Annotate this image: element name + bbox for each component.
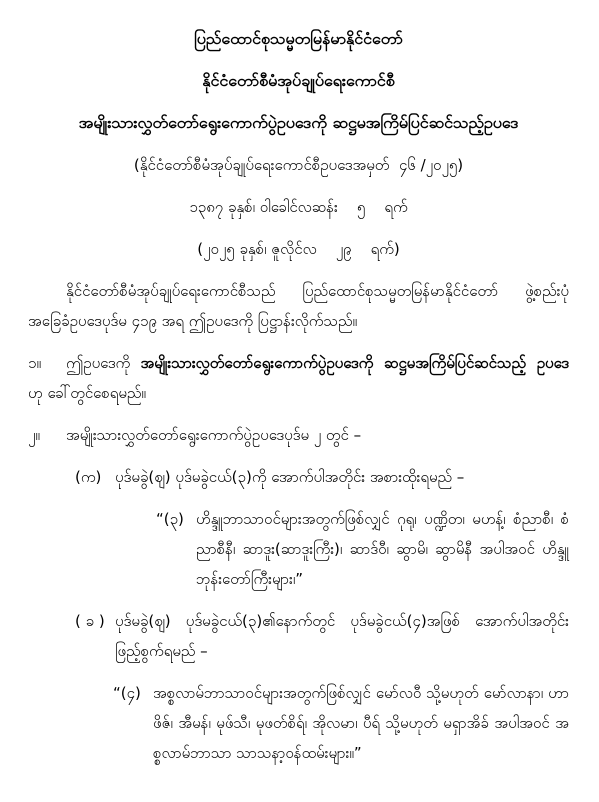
subsection-kha: ( ခ ) ပုဒ်မခွဲ(ဈ) ပုဒ်မခွဲငယ်(၃)၏နောက်တွ… — [75, 606, 569, 666]
quoted-subsection-4-text: အစ္စလာမ်ဘာသာဝင်များအတွက်ဖြစ်လျှင် မော်လဝ… — [153, 678, 569, 768]
document-page: ပြည်ထောင်စုသမ္မတမြန်မာနိုင်ငံတော် နိုင်င… — [0, 0, 599, 802]
quoted-subsection-3-number: “(၃) — [156, 504, 196, 594]
section-2-number: ၂။ — [28, 420, 66, 450]
subsection-ka-label: (က) — [75, 462, 115, 492]
document-title-state: ပြည်ထောင်စုသမ္မတမြန်မာနိုင်ငံတော် — [28, 24, 569, 54]
subsection-ka: (က) ပုဒ်မခွဲ(ဈ) ပုဒ်မခွဲငယ်(၃)ကို အောက်ပ… — [75, 462, 569, 492]
section-1-text-after: ဟု ခေါ်တွင်စေရမည်။ — [28, 384, 146, 402]
quoted-subsection-3: “(၃) ဟိန္ဒူဘာသာဝင်များအတွက်ဖြစ်လျှင် ဂုရ… — [156, 504, 569, 594]
document-title-council: နိုင်ငံတော်စီမံအုပ်ချုပ်ရေးကောင်စီ — [28, 66, 569, 96]
quoted-subsection-3-text: ဟိန္ဒူဘာသာဝင်များအတွက်ဖြစ်လျှင် ဂုရု၊ ပဏ… — [196, 504, 569, 594]
quoted-subsection-4-number: “(၄) — [113, 678, 153, 768]
section-1-law-short-title: အမျိုးသားလွှတ်တော်ရွေးကောက်ပွဲဥပဒေကို ဆဋ… — [141, 354, 569, 372]
section-1: ၁။ဤဥပဒေကို အမျိုးသားလွှတ်တော်ရွေးကောက်ပွ… — [28, 348, 569, 408]
gregorian-date-line: (၂၀၂၅ ခုနှစ်၊ ဇူလိုင်လ ၂၉ ရက်) — [28, 234, 569, 264]
law-number-line: (နိုင်ငံတော်စီမံအုပ်ချုပ်ရေးကောင်စီဥပဒေအ… — [28, 150, 569, 180]
section-1-text-before: ဤဥပဒေကို — [66, 354, 141, 372]
subsection-kha-text: ပုဒ်မခွဲ(ဈ) ပုဒ်မခွဲငယ်(၃)၏နောက်တွင် ပုဒ… — [115, 606, 569, 666]
section-2: ၂။ အမျိုးသားလွှတ်တော်ရွေးကောက်ပွဲဥပဒေပုဒ… — [28, 420, 569, 450]
subsection-kha-label: ( ခ ) — [75, 606, 115, 666]
quoted-subsection-4: “(၄) အစ္စလာမ်ဘာသာဝင်များအတွက်ဖြစ်လျှင် မ… — [113, 678, 569, 768]
section-1-number: ၁။ — [28, 348, 66, 378]
preamble-paragraph: နိုင်ငံတော်စီမံအုပ်ချုပ်ရေးကောင်စီသည် ပြ… — [28, 276, 569, 336]
section-2-text: အမျိုးသားလွှတ်တော်ရွေးကောက်ပွဲဥပဒေပုဒ်မ … — [66, 420, 569, 450]
subsection-ka-text: ပုဒ်မခွဲ(ဈ) ပုဒ်မခွဲငယ်(၃)ကို အောက်ပါအတိ… — [115, 462, 569, 492]
document-title-law-name: အမျိုးသားလွှတ်တော်ရွေးကောက်ပွဲဥပဒေကို ဆဋ… — [28, 108, 569, 138]
myanmar-date-line: ၁၃၈၇ ခုနှစ်၊ ဝါခေါင်လဆန်း ၅ ရက် — [28, 192, 569, 222]
